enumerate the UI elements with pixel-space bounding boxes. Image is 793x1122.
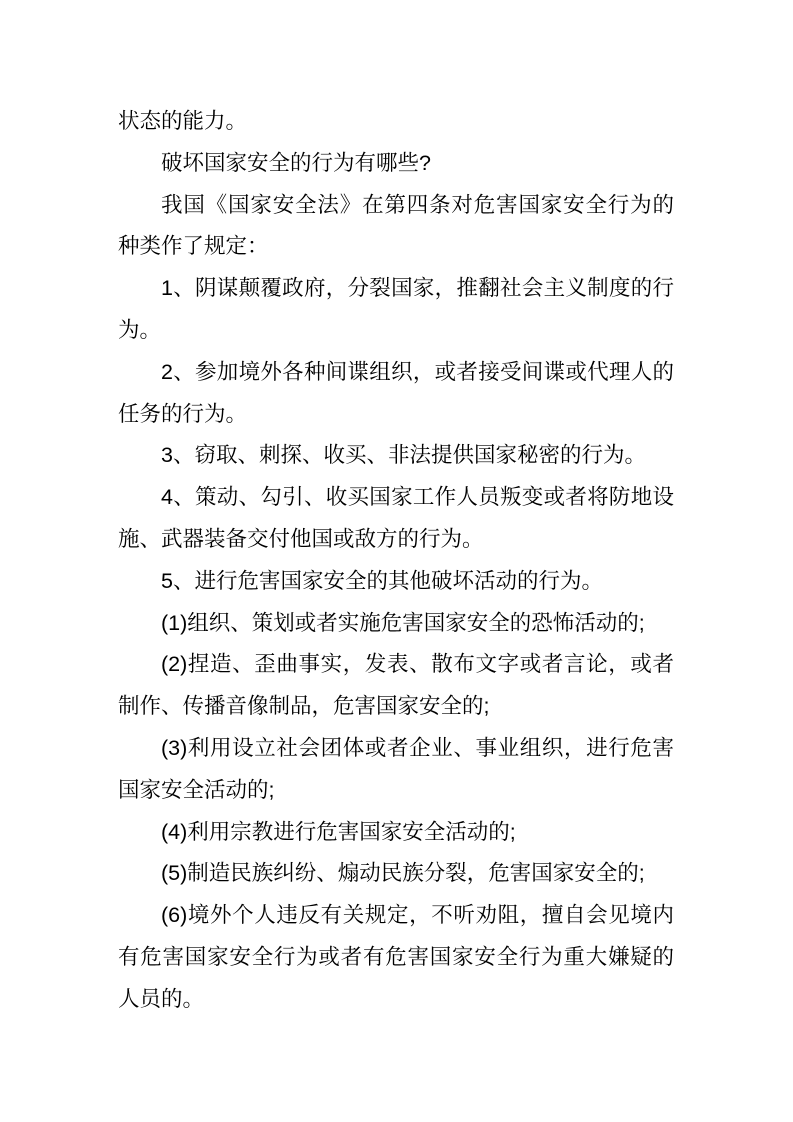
document-page: 状态的能力。破坏国家安全的行为有哪些?我国《国家安全法》在第四条对危害国家安全行… [0,0,793,1122]
paragraph: 1、阴谋颠覆政府，分裂国家，推翻社会主义制度的行为。 [118,268,674,352]
paragraph: 3、窃取、刺探、收买、非法提供国家秘密的行为。 [118,435,674,477]
paragraph: 2、参加境外各种间谍组织，或者接受间谍或代理人的任务的行为。 [118,352,674,436]
paragraph: 5、进行危害国家安全的其他破坏活动的行为。 [118,561,674,603]
paragraph: 4、策动、勾引、收买国家工作人员叛变或者将防地设施、武器装备交付他国或敌方的行为… [118,477,674,561]
paragraph: (3)利用设立社会团体或者企业、事业组织，进行危害国家安全活动的; [118,728,674,812]
paragraph: (2)捏造、歪曲事实，发表、散布文字或者言论，或者制作、传播音像制品，危害国家安… [118,644,674,728]
paragraph: (1)组织、策划或者实施危害国家安全的恐怖活动的; [118,603,674,645]
paragraph: (4)利用宗教进行危害国家安全活动的; [118,812,674,854]
document-body: 状态的能力。破坏国家安全的行为有哪些?我国《国家安全法》在第四条对危害国家安全行… [0,0,793,1021]
paragraph: 我国《国家安全法》在第四条对危害国家安全行为的种类作了规定： [118,185,674,269]
paragraph: (6)境外个人违反有关规定，不听劝阻，擅自会见境内有危害国家安全行为或者有危害国… [118,895,674,1020]
paragraph: 状态的能力。 [118,101,674,143]
paragraph: (5)制造民族纠纷、煽动民族分裂，危害国家安全的; [118,853,674,895]
paragraph: 破坏国家安全的行为有哪些? [118,143,674,185]
